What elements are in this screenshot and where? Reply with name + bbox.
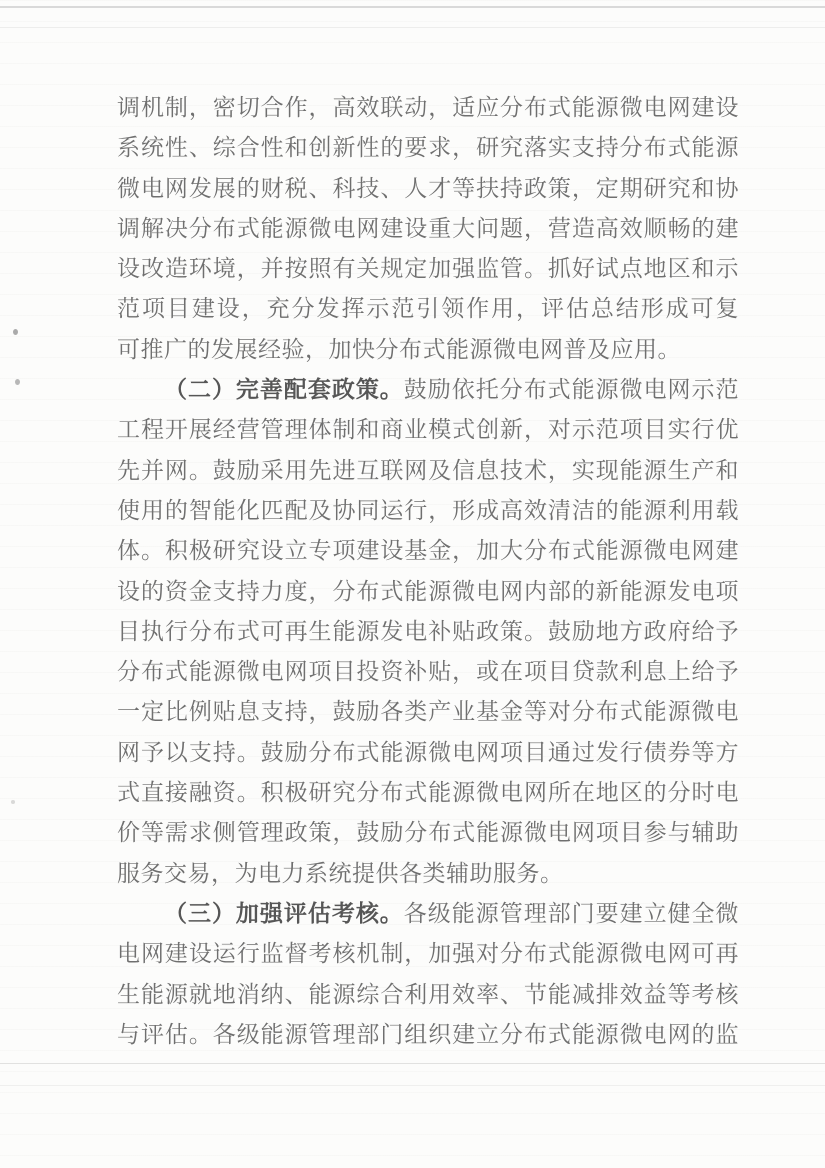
text-line: 生能源就地消纳、能源综合利用效率、节能减排效益等考核 <box>117 975 739 1015</box>
section-heading: （二）完善配套政策。 <box>164 377 404 402</box>
scan-edge-line-top <box>0 6 825 8</box>
text-line: 网予以支持。鼓励分布式能源微电网项目通过发行债券等方 <box>117 733 739 773</box>
scan-edge-line-upper <box>0 27 825 28</box>
text-line-continuation: 鼓励依托分布式能源微电网示范 <box>404 377 739 402</box>
text-line: 体。积极研究设立专项建设基金，加大分布式能源微电网建 <box>117 531 739 571</box>
text-line: 服务交易，为电力系统提供各类辅助服务。 <box>117 854 739 894</box>
text-line: 目执行分布式可再生能源发电补贴政策。鼓励地方政府给予 <box>117 612 739 652</box>
paragraph-heading-line: （二）完善配套政策。鼓励依托分布式能源微电网示范 <box>117 370 739 410</box>
text-line: 使用的智能化匹配及协同运行，形成高效清洁的能源利用载 <box>117 491 739 531</box>
scan-artifact-speck <box>13 329 18 335</box>
text-line: 调机制，密切合作，高效联动，适应分布式能源微电网建设 <box>117 88 739 128</box>
text-line-continuation: 各级能源管理部门要建立健全微 <box>404 901 739 926</box>
text-line: 式直接融资。积极研究分布式能源微电网所在地区的分时电 <box>117 773 739 813</box>
text-line: 先并网。鼓励采用先进互联网及信息技术，实现能源生产和 <box>117 451 739 491</box>
paragraph-heading-line: （三）加强评估考核。各级能源管理部门要建立健全微 <box>117 894 739 934</box>
text-line: 电网建设运行监督考核机制，加强对分布式能源微电网可再 <box>117 934 739 974</box>
text-line: 系统性、综合性和创新性的要求，研究落实支持分布式能源 <box>117 128 739 168</box>
scan-artifact-speck <box>15 379 20 385</box>
scan-edge-line-bottom <box>0 1063 825 1064</box>
text-line: 设改造环境，并按照有关规定加强监管。抓好试点地区和示 <box>117 249 739 289</box>
section-heading: （三）加强评估考核。 <box>164 901 404 926</box>
text-line: 一定比例贴息支持，鼓励各类产业基金等对分布式能源微电 <box>117 692 739 732</box>
text-line: 设的资金支持力度，分布式能源微电网内部的新能源发电项 <box>117 572 739 612</box>
text-line: 工程开展经营管理体制和商业模式创新，对示范项目实行优 <box>117 410 739 450</box>
text-line: 与评估。各级能源管理部门组织建立分布式能源微电网的监 <box>117 1015 739 1055</box>
text-line: 价等需求侧管理政策，鼓励分布式能源微电网项目参与辅助 <box>117 813 739 853</box>
scan-artifact-speck <box>11 800 15 804</box>
text-line: 微电网发展的财税、科技、人才等扶持政策，定期研究和协 <box>117 169 739 209</box>
scan-edge-line-bottom-faint <box>0 1085 825 1086</box>
document-text-block: 调机制，密切合作，高效联动，适应分布式能源微电网建设系统性、综合性和创新性的要求… <box>117 88 739 1055</box>
text-line: 可推广的发展经验，加快分布式能源微电网普及应用。 <box>117 330 739 370</box>
text-line: 调解决分布式能源微电网建设重大问题，营造高效顺畅的建 <box>117 209 739 249</box>
text-line: 分布式能源微电网项目投资补贴，或在项目贷款利息上给予 <box>117 652 739 692</box>
text-line: 范项目建设，充分发挥示范引领作用，评估总结形成可复制、 <box>117 289 739 329</box>
